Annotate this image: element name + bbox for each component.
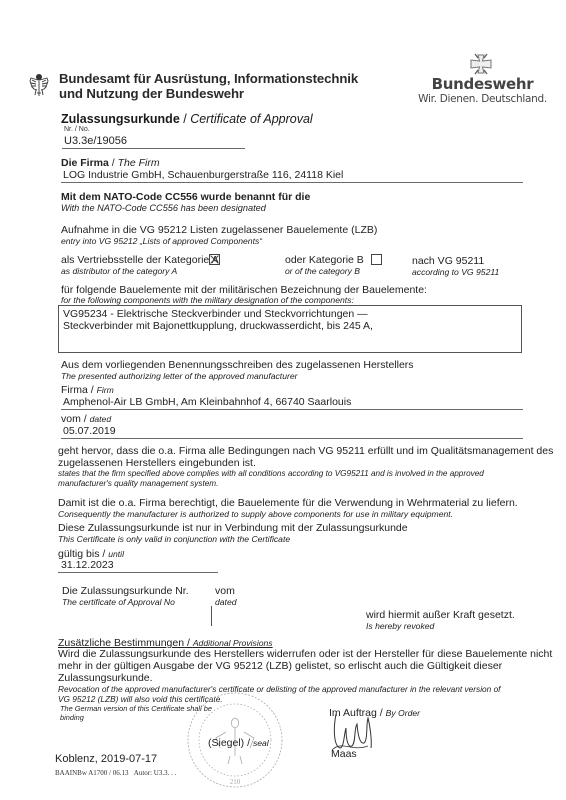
entitlement-en: Consequently the manufacturer is authori… — [58, 509, 453, 519]
listing-en: entry into VG 95212 „Lists of approved C… — [61, 236, 262, 246]
components-label-en: for the following components with the mi… — [61, 295, 354, 305]
divider — [58, 572, 218, 573]
compliance-en-line-1: states that the firm specified above com… — [58, 469, 484, 479]
certificate-title-de: Zulassungsurkunde — [61, 112, 180, 126]
compliance-en-line-2: manufacturer's quality management system… — [58, 479, 218, 489]
revocation-dated-en: dated — [215, 597, 237, 607]
provisions-de-line-2: mehr in der gültigen Ausgabe der VG 9521… — [58, 660, 502, 672]
firm-value: LOG Industrie GmbH, Schauenburgerstraße … — [63, 169, 343, 181]
revocation-cert-no-de: Die Zulassungsurkunde Nr. — [62, 585, 189, 597]
revoked-de: wird hiermit außer Kraft gesetzt. — [366, 609, 515, 621]
category-b-en: or of the category B — [285, 266, 360, 276]
issuing-agency-name: Bundesamt für Ausrüstung, Informationste… — [59, 72, 358, 101]
manufacturer-value: Amphenol-Air LB GmbH, Am Kleinbahnhof 4,… — [63, 396, 351, 408]
certificate-number-label: Nr. / No. — [64, 126, 90, 133]
validity-note-de: Diese Zulassungsurkunde ist nur in Verbi… — [58, 522, 408, 534]
valid-until-value: 31.12.2023 — [61, 559, 114, 571]
seal-label: (Siegel) / seal — [208, 737, 269, 749]
revocation-dated-de: vom — [215, 585, 235, 597]
revocation-cert-no-en: The certificate of Approval No — [62, 597, 175, 607]
component-line-2: Steckverbinder mit Bajonettkupplung, dru… — [63, 320, 373, 332]
authorization-en: The presented authorizing letter of the … — [61, 371, 297, 381]
entitlement-de: Damit ist die o.a. Firma berechtigt, die… — [58, 497, 518, 509]
provisions-de-line-3: Zulassungsurkunde. — [58, 672, 153, 684]
certificate-title: Zulassungsurkunde / Certificate of Appro… — [61, 112, 313, 126]
authorization-de: Aus dem vorliegenden Benennungsschreiben… — [61, 359, 414, 371]
agency-line-1: Bundesamt für Ausrüstung, Informationste… — [59, 72, 358, 87]
bundeswehr-logo-text: Bundeswehr — [415, 75, 550, 93]
divider — [61, 182, 523, 183]
provisions-de-line-1: Wird die Zulassungsurkunde des Herstelle… — [58, 648, 552, 660]
certificate-title-en: Certificate of Approval — [190, 112, 313, 126]
category-b-de: oder Kategorie B — [285, 254, 364, 266]
seal-number: 210 — [230, 778, 241, 786]
place-date: Koblenz, 2019-07-17 — [55, 753, 157, 765]
norm-en: according to VG 95211 — [412, 267, 499, 277]
firm-label: Die Firma / The Firm — [61, 157, 160, 169]
component-line-1: VG95234 - Elektrische Steckverbinder und… — [63, 308, 368, 320]
category-b-checkbox[interactable] — [371, 254, 382, 265]
compliance-de-line-2: zugelassenen Herstellers eingebunden ist… — [58, 457, 256, 469]
dated-label: vom / dated — [61, 413, 111, 425]
divider — [61, 409, 523, 410]
category-a-en: as distributor of the category A — [61, 266, 177, 276]
divider — [61, 438, 523, 439]
category-a-checkbox[interactable] — [209, 254, 220, 265]
certificate-number: U3.3e/19056 — [64, 135, 127, 147]
validity-note-en: This Certificate is only valid in conjun… — [58, 534, 290, 544]
components-box: VG95234 - Elektrische Steckverbinder und… — [58, 305, 522, 353]
nato-code-de: Mit dem NATO-Code CC556 wurde benannt fü… — [61, 191, 310, 203]
bundeswehr-slogan: Wir. Dienen. Deutschland. — [405, 93, 560, 105]
listing-de: Aufnahme in die VG 95212 Listen zugelass… — [61, 224, 377, 236]
norm-de: nach VG 95211 — [412, 255, 484, 267]
divider — [62, 148, 245, 149]
signer-name: Maas — [331, 748, 357, 760]
nato-code-en: With the NATO-Code CC556 has been design… — [61, 203, 266, 213]
dated-value: 05.07.2019 — [63, 425, 116, 437]
compliance-de-line-1: geht hervor, dass die o.a. Firma alle Be… — [58, 445, 553, 457]
agency-line-2: und Nutzung der Bundeswehr — [59, 87, 358, 102]
federal-eagle-icon — [29, 72, 49, 98]
manufacturer-label: Firma / Firm — [61, 384, 114, 396]
category-a-de: als Vertriebsstelle der Kategorie A — [61, 254, 219, 266]
form-id: BAAINBw A1700 / 06.13 Autor: U3.3. . . — [55, 769, 176, 777]
iron-cross-icon — [469, 53, 493, 75]
divider — [211, 606, 212, 626]
revoked-en: Is hereby revoked — [366, 621, 434, 631]
